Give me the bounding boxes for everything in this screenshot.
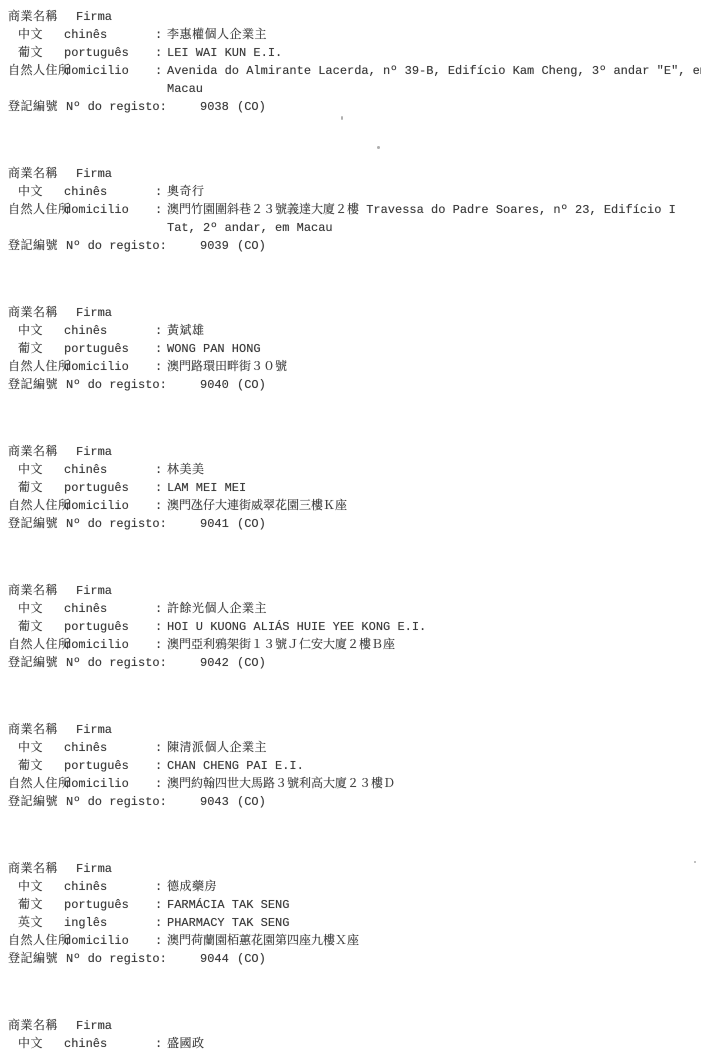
domicile-row: 自然人住所domicilio:澳門竹園圍斜巷２３號義達大廈２樓 Travessa… <box>0 201 701 219</box>
colon: : <box>155 183 162 201</box>
label-firma-pt: Firma <box>76 1017 112 1035</box>
firma-row: 商業名稱Firma <box>0 304 701 322</box>
scan-speck <box>341 116 343 120</box>
registry-number: 9044 <box>200 950 229 968</box>
label-firma-zh: 商業名稱 <box>8 165 58 183</box>
label-registry-pt: Nº do registo: <box>66 237 167 255</box>
portuguese-name-row: 葡文português:FARMÁCIA TAK SENG <box>0 896 701 914</box>
registry-row: 登記編號Nº do registo:9043(CO) <box>0 793 701 811</box>
colon: : <box>155 461 162 479</box>
label-portuguese-pt: português <box>64 757 129 775</box>
domicile-row: 自然人住所domicilio:澳門亞利鴉架街１３號Ｊ仁安大廈２樓Ｂ座 <box>0 636 701 654</box>
firma-row: 商業名稱Firma <box>0 582 701 600</box>
label-firma-zh: 商業名稱 <box>8 721 58 739</box>
registry-row: 登記編號Nº do registo:9041(CO) <box>0 515 701 533</box>
label-firma-zh: 商業名稱 <box>8 443 58 461</box>
scanned-registry-page: { "page": { "background_color": "#ffffff… <box>0 0 701 1049</box>
label-domicile-pt: domicilio <box>64 358 129 376</box>
domicile-row: 自然人住所domicilio:澳門約翰四世大馬路３號利高大廈２３樓Ｄ <box>0 775 701 793</box>
colon: : <box>155 201 162 219</box>
label-registry-pt: Nº do registo: <box>66 950 167 968</box>
registry-entry: 商業名稱Firma中文chinês:盛國政 <box>0 1017 701 1049</box>
domicile-row-continuation: Tat, 2º andar, em Macau <box>0 219 701 237</box>
registry-entry: 商業名稱Firma中文chinês:德成藥房葡文português:FARMÁC… <box>0 860 701 968</box>
domicile-row: 自然人住所domicilio:Avenida do Almirante Lace… <box>0 62 701 80</box>
colon: : <box>155 26 162 44</box>
label-portuguese-pt: português <box>64 896 129 914</box>
domicile-address: 澳門亞利鴉架街１３號Ｊ仁安大廈２樓Ｂ座 <box>167 636 395 654</box>
chinese-name-row: 中文chinês:黃斌雄 <box>0 322 701 340</box>
firma-row: 商業名稱Firma <box>0 1017 701 1035</box>
label-portuguese-pt: português <box>64 479 129 497</box>
firma-row: 商業名稱Firma <box>0 165 701 183</box>
chinese-name-row: 中文chinês:盛國政 <box>0 1035 701 1049</box>
registry-entry: 商業名稱Firma中文chinês:奧奇行自然人住所domicilio:澳門竹園… <box>0 165 701 255</box>
registry-document: 商業名稱Firma中文chinês:李惠權個人企業主葡文português:LE… <box>0 0 701 1049</box>
label-portuguese-zh: 葡文 <box>18 340 43 358</box>
label-domicile-zh: 自然人住所 <box>8 497 71 515</box>
label-domicile-pt: domicilio <box>64 775 129 793</box>
colon: : <box>155 878 162 896</box>
firma-row: 商業名稱Firma <box>0 860 701 878</box>
label-domicile-zh: 自然人住所 <box>8 358 71 376</box>
colon: : <box>155 618 162 636</box>
domicile-address: 澳門荷蘭園栢蕙花園第四座九樓Ｘ座 <box>167 932 359 950</box>
domicile-row-continuation: Macau <box>0 80 701 98</box>
portuguese-name: WONG PAN HONG <box>167 340 261 358</box>
domicile-row: 自然人住所domicilio:澳門路環田畔街３０號 <box>0 358 701 376</box>
label-firma-pt: Firma <box>76 443 112 461</box>
colon: : <box>155 322 162 340</box>
registry-number: 9040 <box>200 376 229 394</box>
chinese-name: 黃斌雄 <box>167 322 205 340</box>
label-chinese-zh: 中文 <box>18 322 43 340</box>
domicile-row: 自然人住所domicilio:澳門氹仔大連街威翠花園三樓Ｋ座 <box>0 497 701 515</box>
registry-row: 登記編號Nº do registo:9039(CO) <box>0 237 701 255</box>
portuguese-name-row: 葡文português:WONG PAN HONG <box>0 340 701 358</box>
label-domicile-zh: 自然人住所 <box>8 932 71 950</box>
label-registry-zh: 登記編號 <box>8 950 58 968</box>
portuguese-name-row: 葡文português:CHAN CHENG PAI E.I. <box>0 757 701 775</box>
registry-number: 9042 <box>200 654 229 672</box>
colon: : <box>155 636 162 654</box>
portuguese-name: CHAN CHENG PAI E.I. <box>167 757 304 775</box>
label-registry-pt: Nº do registo: <box>66 515 167 533</box>
label-domicile-pt: domicilio <box>64 62 129 80</box>
registry-entry: 商業名稱Firma中文chinês:李惠權個人企業主葡文português:LE… <box>0 8 701 116</box>
label-portuguese-zh: 葡文 <box>18 479 43 497</box>
label-registry-zh: 登記編號 <box>8 98 58 116</box>
label-registry-pt: Nº do registo: <box>66 793 167 811</box>
portuguese-name-row: 葡文português:HOI U KUONG ALIÁS HUIE YEE K… <box>0 618 701 636</box>
colon: : <box>155 739 162 757</box>
label-domicile-pt: domicilio <box>64 497 129 515</box>
chinese-name-row: 中文chinês:德成藥房 <box>0 878 701 896</box>
scan-speck <box>377 146 380 149</box>
colon: : <box>155 757 162 775</box>
label-chinese-zh: 中文 <box>18 1035 43 1049</box>
label-firma-zh: 商業名稱 <box>8 304 58 322</box>
label-chinese-pt: chinês <box>64 600 107 618</box>
registry-suffix: (CO) <box>237 237 266 255</box>
label-firma-pt: Firma <box>76 165 112 183</box>
label-portuguese-pt: português <box>64 618 129 636</box>
colon: : <box>155 358 162 376</box>
label-registry-zh: 登記編號 <box>8 654 58 672</box>
label-portuguese-pt: português <box>64 340 129 358</box>
colon: : <box>155 497 162 515</box>
registry-suffix: (CO) <box>237 98 266 116</box>
registry-entry: 商業名稱Firma中文chinês:許餘光個人企業主葡文português:HO… <box>0 582 701 672</box>
label-firma-zh: 商業名稱 <box>8 8 58 26</box>
label-chinese-zh: 中文 <box>18 461 43 479</box>
label-chinese-pt: chinês <box>64 26 107 44</box>
colon: : <box>155 479 162 497</box>
registry-number: 9041 <box>200 515 229 533</box>
label-portuguese-zh: 葡文 <box>18 44 43 62</box>
firma-row: 商業名稱Firma <box>0 443 701 461</box>
label-chinese-pt: chinês <box>64 1035 107 1049</box>
portuguese-name: FARMÁCIA TAK SENG <box>167 896 289 914</box>
label-chinese-pt: chinês <box>64 461 107 479</box>
label-portuguese-pt: português <box>64 44 129 62</box>
label-portuguese-zh: 葡文 <box>18 618 43 636</box>
label-domicile-pt: domicilio <box>64 201 129 219</box>
label-registry-pt: Nº do registo: <box>66 654 167 672</box>
portuguese-name: HOI U KUONG ALIÁS HUIE YEE KONG E.I. <box>167 618 426 636</box>
colon: : <box>155 1035 162 1049</box>
chinese-name: 林美美 <box>167 461 205 479</box>
label-chinese-pt: chinês <box>64 878 107 896</box>
colon: : <box>155 340 162 358</box>
registry-suffix: (CO) <box>237 950 266 968</box>
label-portuguese-zh: 葡文 <box>18 757 43 775</box>
chinese-name: 盛國政 <box>167 1035 205 1049</box>
domicile-address-continued: Macau <box>167 80 203 98</box>
portuguese-name: LEI WAI KUN E.I. <box>167 44 282 62</box>
registry-suffix: (CO) <box>237 793 266 811</box>
label-english-pt: inglês <box>64 914 107 932</box>
label-domicile-zh: 自然人住所 <box>8 636 71 654</box>
colon: : <box>155 932 162 950</box>
colon: : <box>155 896 162 914</box>
label-domicile-zh: 自然人住所 <box>8 201 71 219</box>
registry-row: 登記編號Nº do registo:9040(CO) <box>0 376 701 394</box>
registry-number: 9039 <box>200 237 229 255</box>
colon: : <box>155 914 162 932</box>
label-portuguese-zh: 葡文 <box>18 896 43 914</box>
chinese-name: 陳清派個人企業主 <box>167 739 267 757</box>
label-firma-pt: Firma <box>76 860 112 878</box>
chinese-name: 德成藥房 <box>167 878 217 896</box>
label-chinese-pt: chinês <box>64 322 107 340</box>
registry-row: 登記編號Nº do registo:9038(CO) <box>0 98 701 116</box>
label-english-zh: 英文 <box>18 914 43 932</box>
label-firma-zh: 商業名稱 <box>8 582 58 600</box>
portuguese-name-row: 葡文português:LAM MEI MEI <box>0 479 701 497</box>
domicile-address: 澳門竹園圍斜巷２３號義達大廈２樓 Travessa do Padre Soare… <box>167 201 676 219</box>
registry-number: 9038 <box>200 98 229 116</box>
chinese-name: 奧奇行 <box>167 183 205 201</box>
domicile-address: 澳門路環田畔街３０號 <box>167 358 287 376</box>
chinese-name-row: 中文chinês:陳清派個人企業主 <box>0 739 701 757</box>
label-registry-zh: 登記編號 <box>8 793 58 811</box>
label-chinese-zh: 中文 <box>18 739 43 757</box>
colon: : <box>155 775 162 793</box>
label-domicile-zh: 自然人住所 <box>8 775 71 793</box>
firma-row: 商業名稱Firma <box>0 721 701 739</box>
colon: : <box>155 62 162 80</box>
chinese-name: 李惠權個人企業主 <box>167 26 267 44</box>
label-chinese-pt: chinês <box>64 739 107 757</box>
chinese-name-row: 中文chinês:奧奇行 <box>0 183 701 201</box>
label-chinese-zh: 中文 <box>18 26 43 44</box>
label-firma-zh: 商業名稱 <box>8 1017 58 1035</box>
firma-row: 商業名稱Firma <box>0 8 701 26</box>
scan-speck <box>694 861 696 863</box>
english-name: PHARMACY TAK SENG <box>167 914 289 932</box>
portuguese-name-row: 葡文português:LEI WAI KUN E.I. <box>0 44 701 62</box>
label-registry-pt: Nº do registo: <box>66 376 167 394</box>
label-chinese-pt: chinês <box>64 183 107 201</box>
colon: : <box>155 44 162 62</box>
label-registry-zh: 登記編號 <box>8 237 58 255</box>
label-registry-pt: Nº do registo: <box>66 98 167 116</box>
domicile-address: Avenida do Almirante Lacerda, nº 39-B, E… <box>167 62 701 80</box>
colon: : <box>155 600 162 618</box>
label-domicile-zh: 自然人住所 <box>8 62 71 80</box>
label-chinese-zh: 中文 <box>18 600 43 618</box>
domicile-address: 澳門氹仔大連街威翠花園三樓Ｋ座 <box>167 497 347 515</box>
label-domicile-pt: domicilio <box>64 932 129 950</box>
registry-entry: 商業名稱Firma中文chinês:陳清派個人企業主葡文português:CH… <box>0 721 701 811</box>
label-firma-pt: Firma <box>76 582 112 600</box>
chinese-name-row: 中文chinês:林美美 <box>0 461 701 479</box>
chinese-name: 許餘光個人企業主 <box>167 600 267 618</box>
registry-row: 登記編號Nº do registo:9044(CO) <box>0 950 701 968</box>
registry-number: 9043 <box>200 793 229 811</box>
registry-entry: 商業名稱Firma中文chinês:黃斌雄葡文português:WONG PA… <box>0 304 701 394</box>
portuguese-name: LAM MEI MEI <box>167 479 246 497</box>
registry-suffix: (CO) <box>237 654 266 672</box>
label-firma-pt: Firma <box>76 8 112 26</box>
label-chinese-zh: 中文 <box>18 183 43 201</box>
domicile-address: 澳門約翰四世大馬路３號利高大廈２３樓Ｄ <box>167 775 395 793</box>
registry-row: 登記編號Nº do registo:9042(CO) <box>0 654 701 672</box>
label-firma-pt: Firma <box>76 721 112 739</box>
label-registry-zh: 登記編號 <box>8 515 58 533</box>
domicile-row: 自然人住所domicilio:澳門荷蘭園栢蕙花園第四座九樓Ｘ座 <box>0 932 701 950</box>
label-domicile-pt: domicilio <box>64 636 129 654</box>
chinese-name-row: 中文chinês:許餘光個人企業主 <box>0 600 701 618</box>
label-firma-zh: 商業名稱 <box>8 860 58 878</box>
chinese-name-row: 中文chinês:李惠權個人企業主 <box>0 26 701 44</box>
label-chinese-zh: 中文 <box>18 878 43 896</box>
english-name-row: 英文inglês:PHARMACY TAK SENG <box>0 914 701 932</box>
registry-suffix: (CO) <box>237 376 266 394</box>
domicile-address-continued: Tat, 2º andar, em Macau <box>167 219 333 237</box>
label-registry-zh: 登記編號 <box>8 376 58 394</box>
registry-entry: 商業名稱Firma中文chinês:林美美葡文português:LAM MEI… <box>0 443 701 533</box>
registry-suffix: (CO) <box>237 515 266 533</box>
label-firma-pt: Firma <box>76 304 112 322</box>
